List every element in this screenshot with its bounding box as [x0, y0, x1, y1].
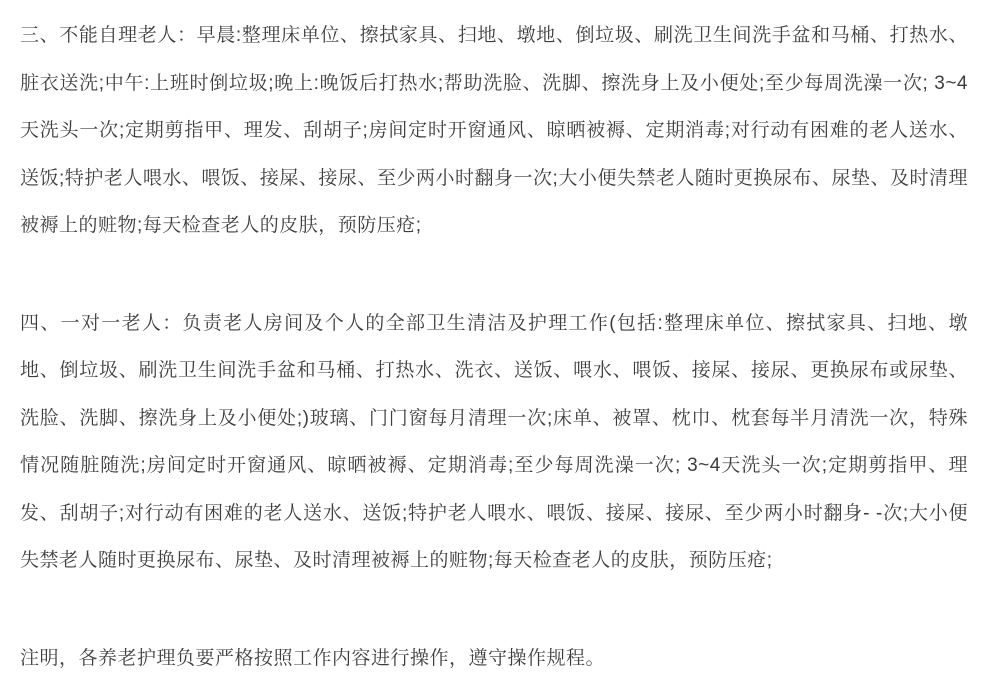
document-page: 三、不能自理老人：早晨:整理床单位、擦拭家具、扫地、墩地、倒垃圾、刷洗卫生间洗手… [0, 0, 988, 675]
paragraph-note: 注明，各养老护理负要严格按照工作内容进行操作，遵守操作规程。 [20, 635, 968, 675]
paragraph-section-four-one-on-one-elderly: 四、一对一老人：负责老人房间及个人的全部卫生清洁及护理工作(包括:整理床单位、擦… [20, 300, 968, 585]
paragraph-section-three-dependent-elderly: 三、不能自理老人：早晨:整理床单位、擦拭家具、扫地、墩地、倒垃圾、刷洗卫生间洗手… [20, 12, 968, 250]
